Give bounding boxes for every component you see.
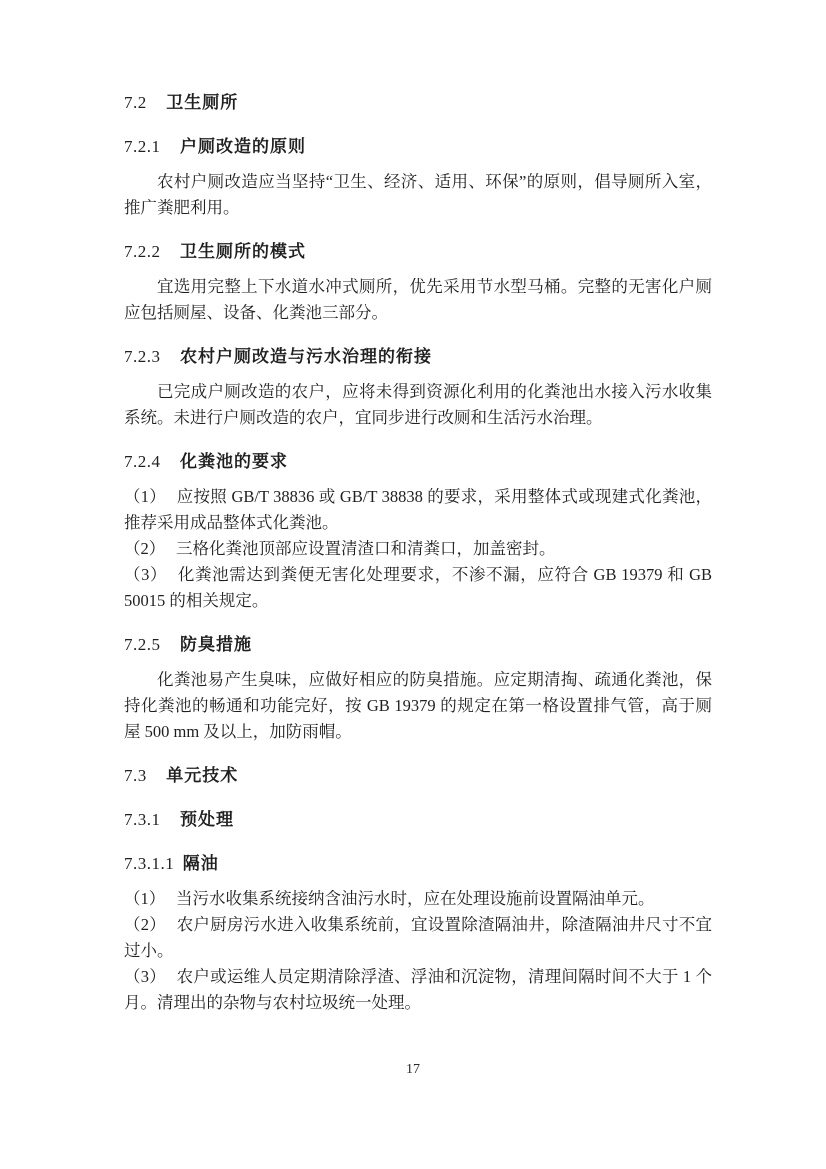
section-number: 7.2.2 — [124, 242, 161, 261]
section-title: 卫生厕所 — [166, 93, 238, 112]
section-title: 预处理 — [180, 810, 234, 829]
clause-text: 农户或运维人员定期清除浮渣、浮油和沉淀物，清理间隔时间不大于 1 个月。清理出的… — [124, 967, 712, 1012]
clause-text: 三格化粪池顶部应设置清渣口和清粪口，加盖密封。 — [176, 539, 556, 558]
clause-marker: （1） — [124, 889, 165, 908]
section-number: 7.2 — [124, 93, 147, 112]
clause-item: （3）农户或运维人员定期清除浮渣、浮油和沉淀物，清理间隔时间不大于 1 个月。清… — [124, 964, 712, 1016]
document-page: 7.2卫生厕所 7.2.1户厕改造的原则 农村户厕改造应当坚持“卫生、经济、适用… — [0, 0, 826, 1169]
section-number: 7.3 — [124, 766, 147, 785]
section-heading-7-2-2: 7.2.2卫生厕所的模式 — [124, 239, 712, 265]
clause-item: （2）三格化粪池顶部应设置清渣口和清粪口，加盖密封。 — [124, 536, 712, 562]
clause-marker: （2） — [124, 539, 165, 558]
clause-text: 农户厨房污水进入收集系统前，宜设置除渣隔油井，除渣隔油井尺寸不宜过小。 — [124, 915, 712, 960]
clause-marker: （2） — [124, 915, 166, 934]
section-title: 户厕改造的原则 — [180, 137, 306, 156]
section-number: 7.3.1 — [124, 810, 161, 829]
section-number: 7.3.1.1 — [124, 854, 174, 873]
clause-marker: （3） — [124, 967, 166, 986]
section-heading-7-3-1: 7.3.1预处理 — [124, 807, 712, 833]
section-heading-7-2-4: 7.2.4化粪池的要求 — [124, 449, 712, 475]
section-title: 农村户厕改造与污水治理的衔接 — [180, 347, 432, 366]
clause-item: （2）农户厨房污水进入收集系统前，宜设置除渣隔油井，除渣隔油井尺寸不宜过小。 — [124, 912, 712, 964]
section-number: 7.2.1 — [124, 137, 161, 156]
document-content: 7.2卫生厕所 7.2.1户厕改造的原则 农村户厕改造应当坚持“卫生、经济、适用… — [124, 90, 712, 1016]
page-number: 17 — [0, 1062, 826, 1078]
section-heading-7-2-3: 7.2.3农村户厕改造与污水治理的衔接 — [124, 344, 712, 370]
paragraph: 宜选用完整上下水道水冲式厕所，优先采用节水型马桶。完整的无害化户厕应包括厕屋、设… — [124, 274, 712, 326]
clause-item: （3）化粪池需达到粪便无害化处理要求，不渗不漏，应符合 GB 19379 和 G… — [124, 562, 712, 614]
section-title: 隔油 — [183, 854, 219, 873]
section-number: 7.2.4 — [124, 452, 161, 471]
section-title: 单元技术 — [166, 766, 238, 785]
clause-marker: （3） — [124, 565, 167, 584]
section-heading-7-2-1: 7.2.1户厕改造的原则 — [124, 134, 712, 160]
paragraph: 已完成户厕改造的农户，应将未得到资源化利用的化粪池出水接入污水收集系统。未进行户… — [124, 379, 712, 431]
clause-item: （1）当污水收集系统接纳含油污水时，应在处理设施前设置隔油单元。 — [124, 886, 712, 912]
section-heading-7-2-5: 7.2.5防臭措施 — [124, 632, 712, 658]
section-number: 7.2.3 — [124, 347, 161, 366]
section-number: 7.2.5 — [124, 635, 161, 654]
section-heading-7-2: 7.2卫生厕所 — [124, 90, 712, 116]
section-heading-7-3: 7.3单元技术 — [124, 763, 712, 789]
clause-text: 当污水收集系统接纳含油污水时，应在处理设施前设置隔油单元。 — [176, 889, 655, 908]
section-heading-7-3-1-1: 7.3.1.1隔油 — [124, 851, 712, 877]
section-title: 卫生厕所的模式 — [180, 242, 306, 261]
clause-marker: （1） — [124, 487, 166, 506]
clause-item: （1）应按照 GB/T 38836 或 GB/T 38838 的要求，采用整体式… — [124, 484, 712, 536]
section-title: 化粪池的要求 — [180, 452, 288, 471]
section-title: 防臭措施 — [180, 635, 252, 654]
clause-text: 应按照 GB/T 38836 或 GB/T 38838 的要求，采用整体式或现建… — [124, 487, 712, 532]
paragraph: 农村户厕改造应当坚持“卫生、经济、适用、环保”的原则，倡导厕所入室，推广粪肥利用… — [124, 169, 712, 221]
paragraph: 化粪池易产生臭味，应做好相应的防臭措施。应定期清掏、疏通化粪池，保持化粪池的畅通… — [124, 667, 712, 745]
clause-text: 化粪池需达到粪便无害化处理要求，不渗不漏，应符合 GB 19379 和 GB 5… — [124, 565, 712, 610]
